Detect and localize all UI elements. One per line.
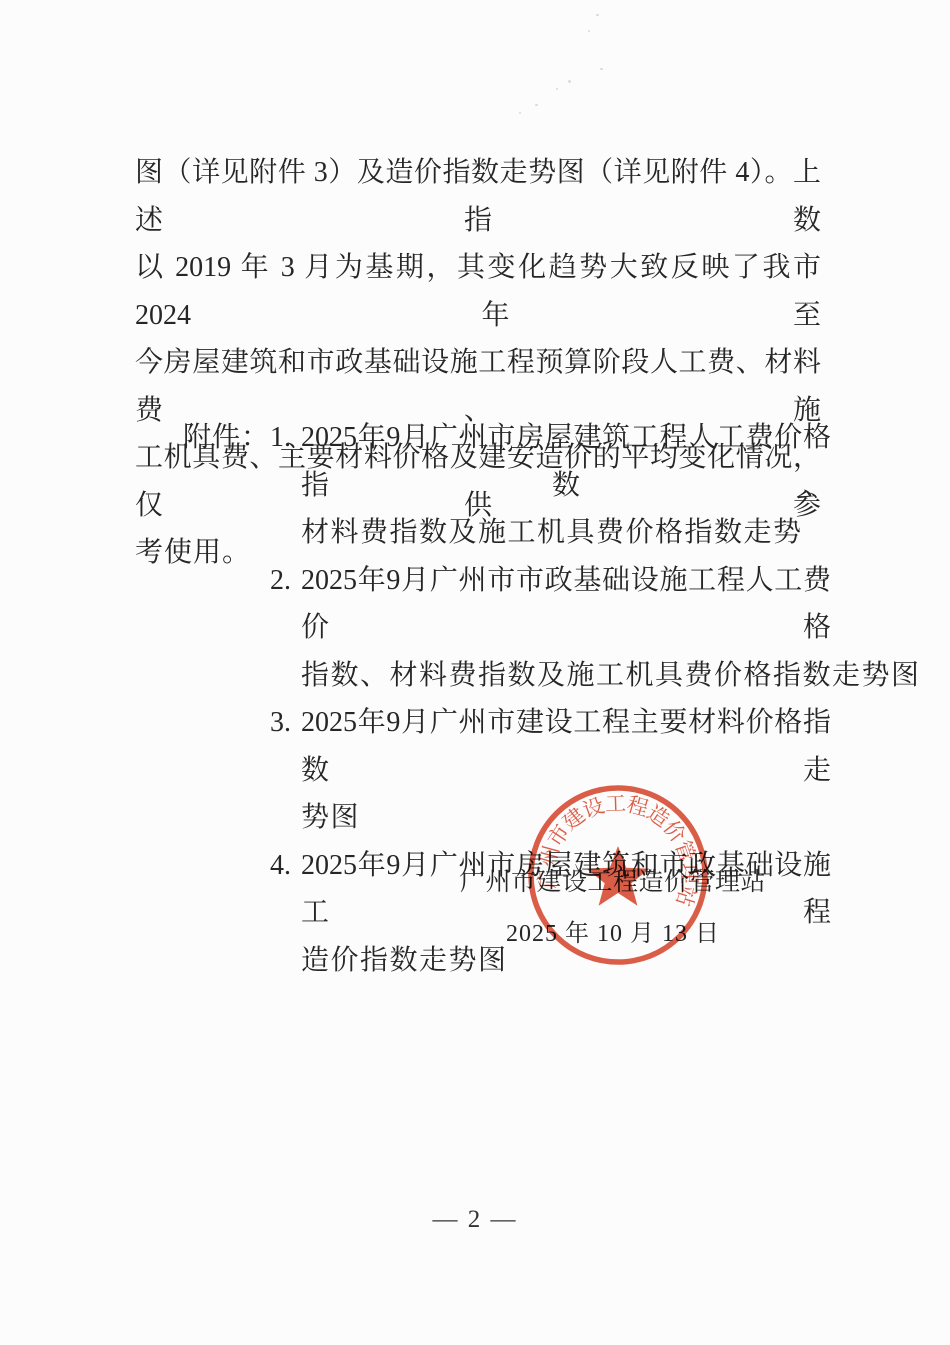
attachment-text: 2025年9月广州市房屋建筑工程人工费价格指数、 材料费指数及施工机具费价格指数… <box>301 414 831 557</box>
attachment-item-2: 2. 2025年9月广州市市政基础设施工程人工费价格 指数、材料费指数及施工机具… <box>270 557 831 700</box>
signature-date: 2025 年 10 月 13 日 <box>413 919 813 949</box>
scan-speck <box>568 80 571 83</box>
document-page: 图（详见附件 3）及造价指数走势图（详见附件 4）。上述指数 以 2019 年 … <box>0 0 950 1345</box>
scanned-document-page: { "body": { "lines": [ "图（详见附件 3）及造价指数走势… <box>0 0 950 1345</box>
scan-speck <box>535 104 538 106</box>
body-line: 图（详见附件 3）及造价指数走势图（详见附件 4）。上述指数 <box>135 149 821 244</box>
attachment-label: 附件： <box>183 414 270 462</box>
signature-block: 广州市建设工程造价管理站 2025 年 10 月 13 日 <box>413 868 813 949</box>
attachment-text: 2025年9月广州市市政基础设施工程人工费价格 指数、材料费指数及施工机具费价格… <box>301 557 831 700</box>
attachment-line: 2025年9月广州市房屋建筑工程人工费价格指数、 <box>301 414 831 509</box>
body-line: 以 2019 年 3 月为基期，其变化趋势大致反映了我市 2024 年至 <box>135 244 821 339</box>
scan-speck <box>596 14 599 16</box>
attachment-number: 1. <box>270 414 301 462</box>
attachment-item-1: 1. 2025年9月广州市房屋建筑工程人工费价格指数、 材料费指数及施工机具费价… <box>270 414 831 557</box>
attachment-number: 2. <box>270 557 301 605</box>
signature-organization: 广州市建设工程造价管理站 <box>413 868 813 898</box>
page-number: — 2 — <box>0 1206 950 1234</box>
attachment-line: 2025年9月广州市建设工程主要材料价格指数走 <box>301 699 831 794</box>
attachment-number: 3. <box>270 699 301 747</box>
scan-speck <box>519 112 521 114</box>
scan-speck <box>600 68 603 70</box>
attachment-line: 指数、材料费指数及施工机具费价格指数走势图 <box>301 652 831 700</box>
attachment-item-3: 3. 2025年9月广州市建设工程主要材料价格指数走 势图 <box>270 699 831 842</box>
attachment-line: 材料费指数及施工机具费价格指数走势 <box>301 509 831 557</box>
scan-speck <box>588 30 590 32</box>
attachment-line: 2025年9月广州市市政基础设施工程人工费价格 <box>301 557 831 652</box>
scan-speck <box>556 88 558 90</box>
attachment-line: 势图 <box>301 794 831 842</box>
attachment-text: 2025年9月广州市建设工程主要材料价格指数走 势图 <box>301 699 831 842</box>
attachment-number: 4. <box>270 842 301 890</box>
